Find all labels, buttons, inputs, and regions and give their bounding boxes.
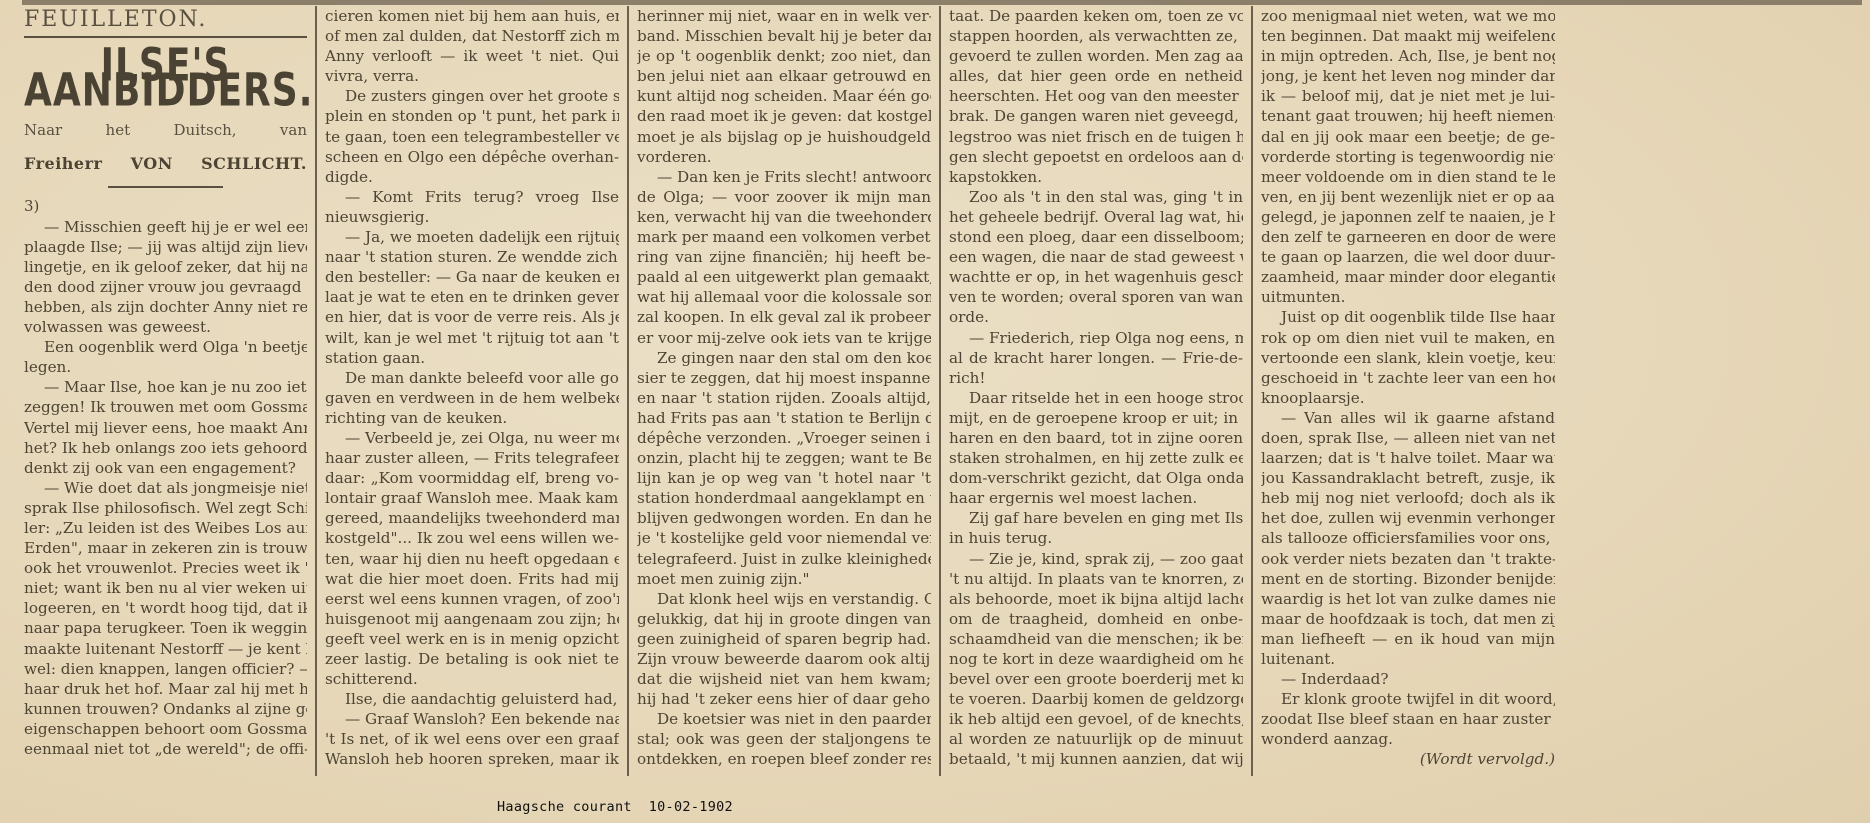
text-line: stal; ook was geen der staljongens te (637, 729, 931, 749)
text-line: gelukkig, dat hij in groote dingen van (637, 609, 931, 629)
text-line: zal koopen. In elk geval zal ik probeere… (637, 307, 931, 327)
text-line: 't Is net, of ik wel eens over een graaf (325, 729, 619, 749)
text-line: ken, verwacht hij van die tweehonderd (637, 207, 931, 227)
text-line: vorderen. (637, 147, 931, 167)
text-line: Juist op dit oogenblik tilde Ilse haar (1261, 307, 1555, 327)
text-line: in mijn optreden. Ach, Ilse, je bent nog (1261, 46, 1555, 66)
text-line: Ze gingen naar den stal om den koet- (637, 348, 931, 368)
text-line: geeft veel werk en is in menig opzicht (325, 629, 619, 649)
text-line: ik heb altijd een gevoel, of de knechts, (949, 709, 1243, 729)
publication-date: 10-02-1902 (649, 799, 733, 815)
text-line: eerst wel eens kunnen vragen, of zoo'n (325, 589, 619, 609)
text-line: heb mij nog niet verloofd; doch als ik (1261, 488, 1555, 508)
text-line: naar papa terugkeer. Toen ik wegging, (24, 618, 307, 638)
text-line: dom-verschrikt gezicht, dat Olga ondanks (949, 468, 1243, 488)
text-line: — Van alles wil ik gaarne afstand (1261, 408, 1555, 428)
text-line: ik — beloof mij, dat je niet met je lui- (1261, 86, 1555, 106)
text-line: niet; want ik ben nu al vier weken uit (24, 578, 307, 598)
text-line: rok op om dien niet vuil te maken, en (1261, 328, 1555, 348)
column-text: taat. De paarden keken om, toen ze voet-… (949, 6, 1243, 770)
text-line: den dood zijner vrouw jou gevraagd zou (24, 277, 307, 297)
text-line: het doe, zullen wij evenmin verhongeren (1261, 508, 1555, 528)
text-line: herinner mij niet, waar en in welk ver- (637, 6, 931, 26)
text-line: legen. (24, 357, 307, 377)
text-line: gen slecht gepoetst en ordeloos aan de (949, 147, 1243, 167)
text-line: ten, waar hij dien nu heeft opgedaan en (325, 549, 619, 569)
text-line: jong, je kent het leven nog minder dan (1261, 66, 1555, 86)
text-line: alles, dat hier geen orde en netheid (949, 66, 1243, 86)
text-line: Vertel mij liever eens, hoe maakt Anny (24, 418, 307, 438)
text-line: om de traagheid, domheid en onbe- (949, 609, 1243, 629)
column-1: FEUILLETON. ILSE'S AANBIDDERS. Naar het … (16, 6, 315, 776)
text-line: vivra, verra. (325, 66, 619, 86)
text-line: huisgenoot mij aangenaam zou zijn; het (325, 609, 619, 629)
text-line: plein en stonden op 't punt, het park in (325, 106, 619, 126)
installment-number: 3) (24, 196, 307, 216)
text-line: vertoonde een slank, klein voetje, keuri… (1261, 348, 1555, 368)
text-line: ven, en jij bent wezenlijk niet er op aa… (1261, 187, 1555, 207)
text-line: Zijn vrouw beweerde daarom ook altijd, (637, 649, 931, 669)
text-line: band. Misschien bevalt hij je beter dan (637, 26, 931, 46)
text-line: in huis terug. (949, 528, 1243, 548)
text-line: gaven en verdween in de hem welbekende (325, 388, 619, 408)
text-line: haar druk het hof. Maar zal hij met haar (24, 679, 307, 699)
text-line: richting van de keuken. (325, 408, 619, 428)
text-line: laarzen; dat is 't halve toilet. Maar wa… (1261, 448, 1555, 468)
text-line: scheen en Olgo een dépêche overhan- (325, 147, 619, 167)
text-line: of men zal dulden, dat Nestorff zich met (325, 26, 619, 46)
text-line: station honderdmaal aangeklampt en tot (637, 488, 931, 508)
text-line: stappen hoorden, als verwachtten ze, nu (949, 26, 1243, 46)
text-line: lijn kan je op weg van 't hotel naar 't (637, 468, 931, 488)
text-line: station gaan. (325, 348, 619, 368)
text-line: zoodat Ilse bleef staan en haar zuster v… (1261, 709, 1555, 729)
text-line: — Verbeeld je, zei Olga, nu weer met (325, 428, 619, 448)
text-line: kapstokken. (949, 167, 1243, 187)
text-line: al worden ze natuurlijk op de minuut (949, 729, 1243, 749)
text-line: wel: dien knappen, langen officier? — (24, 659, 307, 679)
text-line: haren en den baard, tot in zijne ooren (949, 428, 1243, 448)
text-line: — Ja, we moeten dadelijk een rijtuig (325, 227, 619, 247)
text-line: geen zuinigheid of sparen begrip had. (637, 629, 931, 649)
text-line: — Dan ken je Frits slecht! antwoord- (637, 167, 931, 187)
article-title: ILSE'S AANBIDDERS. (24, 54, 307, 104)
section-heading: FEUILLETON. (24, 10, 307, 38)
column-3: herinner mij niet, waar en in welk ver-b… (627, 6, 939, 776)
text-line: meer voldoende om in dien stand te le- (1261, 167, 1555, 187)
to-be-continued: (Wordt vervolgd.) (1261, 749, 1555, 769)
article-columns: FEUILLETON. ILSE'S AANBIDDERS. Naar het … (16, 6, 1852, 776)
text-line: haar ergernis wel moest lachen. (949, 488, 1243, 508)
text-line: zeggen! Ik trouwen met oom Gossmann! (24, 397, 307, 417)
text-line: vorderde storting is tegenwoordig niet (1261, 147, 1555, 167)
text-line: zaamheid, maar minder door elegantie (1261, 267, 1555, 287)
text-line: dal en jij ook maar een beetje; de ge- (1261, 127, 1555, 147)
text-line: en naar 't station rijden. Zooals altijd… (637, 388, 931, 408)
source-caption: Haagsche courant 10-02-1902 (497, 799, 733, 815)
column-4: taat. De paarden keken om, toen ze voet-… (939, 6, 1251, 776)
text-line: knooplaarsje. (1261, 388, 1555, 408)
text-line: zoo menigmaal niet weten, wat we moe- (1261, 6, 1555, 26)
text-line: tenant gaat trouwen; hij heeft niemen- (1261, 106, 1555, 126)
text-line: ment en de storting. Bizonder benijdens- (1261, 569, 1555, 589)
text-line: hebben, als zijn dochter Anny niet reeds (24, 297, 307, 317)
text-line: sprak Ilse philosofisch. Wel zegt Schil- (24, 498, 307, 518)
text-line: kostgeld"... Ik zou wel eens willen we- (325, 528, 619, 548)
text-line: maakte luitenant Nestorff — je kent hem (24, 639, 307, 659)
text-line: Ilse, die aandachtig geluisterd had, zei… (325, 689, 619, 709)
text-line: — Zie je, kind, sprak zij, — zoo gaat (949, 549, 1243, 569)
text-line: logeeren, en 't wordt hoog tijd, dat ik (24, 598, 307, 618)
text-line: moet je als bijslag op je huishoudgeld (637, 127, 931, 147)
text-line: stond een ploeg, daar een disselboom; (949, 227, 1243, 247)
column-5: zoo menigmaal niet weten, wat we moe-ten… (1251, 6, 1563, 776)
text-line: legstroo was niet frisch en de tuigen hi… (949, 127, 1243, 147)
top-border-rule (22, 0, 1862, 5)
text-line: Er klonk groote twijfel in dit woord, (1261, 689, 1555, 709)
text-line: naar 't station sturen. Ze wendde zich t… (325, 247, 619, 267)
text-line: taat. De paarden keken om, toen ze voet- (949, 6, 1243, 26)
text-line: laat je wat te eten en te drinken geven.… (325, 287, 619, 307)
text-line: telegrafeerd. Juist in zulke kleinighede… (637, 549, 931, 569)
text-line: cieren komen niet bij hem aan huis, en (325, 6, 619, 26)
text-line: en hier, dat is voor de verre reis. Als … (325, 307, 619, 327)
text-line: lontair graaf Wansloh mee. Maak kamer (325, 488, 619, 508)
text-line: je 't kostelijke geld voor niemendal ver… (637, 528, 931, 548)
text-line: 't nu altijd. In plaats van te knorren, … (949, 569, 1243, 589)
text-line: plaagde Ilse; — jij was altijd zijn liev… (24, 237, 307, 257)
text-line: je op 't oogenblik denkt; zoo niet, dan (637, 46, 931, 66)
text-line: denkt zij ook van een engagement? (24, 458, 307, 478)
text-line: nieuwsgierig. (325, 207, 619, 227)
text-line: dat die wijsheid niet van hem kwam; (637, 669, 931, 689)
column-text: — Misschien geeft hij je er wel een,plaa… (24, 217, 307, 760)
text-line: te gaan op laarzen, die wel door duur- (1261, 247, 1555, 267)
text-line: bevel over een groote boerderij met krac… (949, 669, 1243, 689)
text-line: ring van zijne financiën; hij heeft be- (637, 247, 931, 267)
text-line: ler: „Zu leiden ist des Weibes Los auf (24, 518, 307, 538)
text-line: een wagen, die naar de stad geweest was, (949, 247, 1243, 267)
text-line: De koetsier was niet in den paarden- (637, 709, 931, 729)
text-line: geschoeid in 't zachte leer van een hoog (1261, 368, 1555, 388)
text-line: brak. De gangen waren niet geveegd, het (949, 106, 1243, 126)
text-line: — Graaf Wansloh? Een bekende naam. (325, 709, 619, 729)
text-line: Wansloh heb hooren spreken, maar ik (325, 749, 619, 769)
text-line: lingetje, en ik geloof zeker, dat hij na (24, 257, 307, 277)
text-line: Zoo als 't in den stal was, ging 't in (949, 187, 1243, 207)
text-line: te gaan, toen een telegrambesteller ver- (325, 127, 619, 147)
text-line: blijven gedwongen worden. En dan heb (637, 508, 931, 528)
text-line: haar zuster alleen, — Frits telegrafeert (325, 448, 619, 468)
text-line: digde. (325, 167, 619, 187)
text-line: moet men zuinig zijn." (637, 569, 931, 589)
text-line: het? Ik heb onlangs zoo iets gehoord... (24, 438, 307, 458)
text-line: eenmaal niet tot „de wereld"; de offi- (24, 739, 307, 759)
column-text: herinner mij niet, waar en in welk ver-b… (637, 6, 931, 770)
text-line: als tallooze officiersfamilies voor ons,… (1261, 528, 1555, 548)
text-line: ontdekken, en roepen bleef zonder resul- (637, 749, 931, 769)
text-line: mark per maand een volkomen verbete- (637, 227, 931, 247)
text-line: gelegd, je japonnen zelf te naaien, je h… (1261, 207, 1555, 227)
text-line: orde. (949, 307, 1243, 327)
text-line: had Frits pas aan 't station te Berlijn … (637, 408, 931, 428)
text-line: den besteller: — Ga naar de keuken en (325, 267, 619, 287)
text-line: Zij gaf hare bevelen en ging met Ilse (949, 508, 1243, 528)
column-text: cieren komen niet bij hem aan huis, enof… (325, 6, 619, 770)
text-line: De zusters gingen over het groote slot- (325, 86, 619, 106)
text-line: mijt, en de geroepene kroop er uit; in d… (949, 408, 1243, 428)
text-line: — Inderdaad? (1261, 669, 1555, 689)
text-line: Een oogenblik werd Olga 'n beetje ver- (24, 337, 307, 357)
text-line: den raad moet ik je geven: dat kostgeld (637, 106, 931, 126)
text-line: De man dankte beleefd voor alle goede (325, 368, 619, 388)
article-subtitle: Naar het Duitsch, van (24, 120, 307, 140)
text-line: volwassen was geweest. (24, 317, 307, 337)
text-line: hij had 't zeker eens hier of daar gehoo… (637, 689, 931, 709)
text-line: al de kracht harer longen. — Frie-de- (949, 348, 1243, 368)
text-line: zeer lastig. De betaling is ook niet te (325, 649, 619, 669)
text-line: ook het vrouwenlot. Precies weet ik 't (24, 558, 307, 578)
text-line: er voor mij-zelve ook iets van te krijge… (637, 328, 931, 348)
text-line: — Friederich, riep Olga nog eens, met (949, 328, 1243, 348)
text-line: schaamdheid van die menschen; ik ben (949, 629, 1243, 649)
text-line: dépêche verzonden. „Vroeger seinen is (637, 428, 931, 448)
text-line: den zelf te garneeren en door de wereld (1261, 227, 1555, 247)
text-line: Erden", maar in zekeren zin is trouwen (24, 538, 307, 558)
text-line: wonderd aanzag. (1261, 729, 1555, 749)
text-line: heerschten. Het oog van den meester ont- (949, 86, 1243, 106)
text-line: wat hij allemaal voor die kolossale som (637, 287, 931, 307)
text-line: schitterend. (325, 669, 619, 689)
text-line: te voeren. Daarbij komen de geldzorgen; (949, 689, 1243, 709)
text-line: — Wie doet dat als jongmeisje niet! (24, 478, 307, 498)
text-line: ven te worden; overal sporen van wan- (949, 287, 1243, 307)
text-line: waardig is het lot van zulke dames niet, (1261, 589, 1555, 609)
text-line: betaald, 't mij kunnen aanzien, dat wij (949, 749, 1243, 769)
text-line: — Maar Ilse, hoe kan je nu zoo iets (24, 377, 307, 397)
text-line: uitmunten. (1261, 287, 1555, 307)
text-line: kunnen trouwen? Ondanks al zijne goede (24, 699, 307, 719)
text-line: wat die hier moet doen. Frits had mij (325, 569, 619, 589)
text-line: — Komt Frits terug? vroeg Ilse (325, 187, 619, 207)
text-line: paald al een uitgewerkt plan gemaakt, (637, 267, 931, 287)
text-line: nog te kort in deze waardigheid om het (949, 649, 1243, 669)
column-text: zoo menigmaal niet weten, wat we moe-ten… (1261, 6, 1555, 749)
column-2: cieren komen niet bij hem aan huis, enof… (315, 6, 627, 776)
text-line: man liefheeft — en ik houd van mijn (1261, 629, 1555, 649)
text-line: luitenant. (1261, 649, 1555, 669)
text-line: ook verder niets bezaten dan 't trakte- (1261, 549, 1555, 569)
text-line: als behoorde, moet ik bijna altijd lache… (949, 589, 1243, 609)
text-line: staken strohalmen, en hij zette zulk een (949, 448, 1243, 468)
text-line: de Olga; — voor zoover ik mijn man (637, 187, 931, 207)
text-line: onzin, placht hij te zeggen; want te Ber… (637, 448, 931, 468)
text-line: ben jelui niet aan elkaar getrouwd en (637, 66, 931, 86)
header-divider (108, 186, 223, 188)
text-line: Daar ritselde het in een hooge stroo- (949, 388, 1243, 408)
text-line: kunt altijd nog scheiden. Maar één goe- (637, 86, 931, 106)
text-line: doen, sprak Ilse, — alleen niet van nett… (1261, 428, 1555, 448)
newspaper-name: Haagsche courant (497, 799, 632, 815)
newspaper-page: FEUILLETON. ILSE'S AANBIDDERS. Naar het … (0, 0, 1870, 823)
text-line: het geheele bedrijf. Overal lag wat, hie… (949, 207, 1243, 227)
text-line: wachtte er op, in het wagenhuis gescho- (949, 267, 1243, 287)
text-line: Dat klonk heel wijs en verstandig. On- (637, 589, 931, 609)
text-line: sier te zeggen, dat hij moest inspannen (637, 368, 931, 388)
text-line: ten beginnen. Dat maakt mij weifelend (1261, 26, 1555, 46)
text-line: jou Kassandraklacht betreft, zusje, ik (1261, 468, 1555, 488)
text-line: maar de hoofdzaak is toch, dat men zijn (1261, 609, 1555, 629)
text-line: wilt, kan je wel met 't rijtuig tot aan … (325, 328, 619, 348)
text-line: gevoerd te zullen worden. Men zag aan (949, 46, 1243, 66)
text-line: — Misschien geeft hij je er wel een, (24, 217, 307, 237)
text-line: rich! (949, 368, 1243, 388)
text-line: Anny verlooft — ik weet 't niet. Qui (325, 46, 619, 66)
text-line: eigenschappen behoort oom Gossmann nu (24, 719, 307, 739)
article-author: Freiherr VON SCHLICHT. (24, 154, 307, 174)
text-line: gereed, maandelijks tweehonderd mark (325, 508, 619, 528)
text-line: daar: „Kom voormiddag elf, breng vo- (325, 468, 619, 488)
